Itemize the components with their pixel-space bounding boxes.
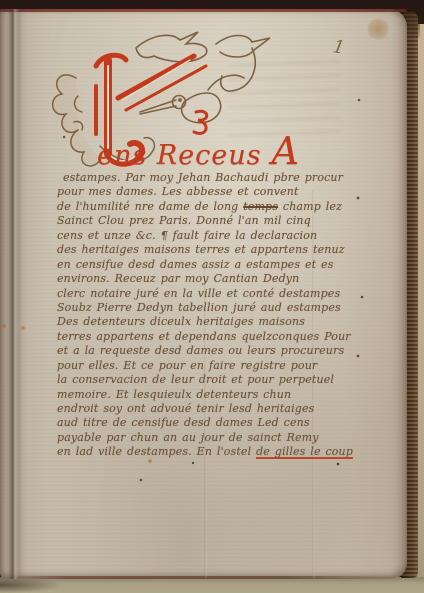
text-line: Soubz Pierre Dedyn tabellion juré aud es… — [57, 301, 369, 315]
text-line: pour elles. Et ce pour en faire registre… — [57, 359, 369, 373]
text-line: terres appartens et dependans quelzconqu… — [57, 330, 369, 344]
text-line: la conservacion de leur droit et pour pe… — [57, 373, 369, 387]
text-line: et a la requeste desd dames ou leurs pro… — [57, 344, 369, 358]
heading-main: ens Receus — [97, 140, 261, 171]
text-segment: de l'humilité nre dame de long — [57, 200, 243, 213]
text-segment: Soubz Pierre Dedyn tabellion juré aud es… — [57, 301, 341, 314]
text-line: de l'humilité nre dame de long temps cha… — [57, 200, 369, 214]
text-segment: terres appartens et dependans quelzconqu… — [57, 330, 351, 343]
text-line: environs. Receuz par moy Cantian Dedyn — [57, 272, 369, 286]
text-segment: en lad ville destampes. En l'ostel — [57, 445, 256, 458]
text-line: estampes. Par moy Jehan Bachaudi pbre pr… — [57, 171, 369, 185]
text-segment: champ lez — [278, 200, 342, 213]
text-segment: estampes. Par moy Jehan Bachaudi pbre pr… — [63, 171, 343, 184]
text-segment: temps — [243, 200, 278, 213]
manuscript-photo: 1 — [0, 0, 424, 593]
text-segment: aud titre de censifue desd dames Led cen… — [57, 416, 310, 429]
stain-mark — [366, 18, 390, 40]
text-line: Des detenteurs diceulx heritaiges maison… — [57, 315, 369, 329]
text-line: des heritaiges maisons terres et apparte… — [57, 243, 369, 257]
body-text: estampes. Par moy Jehan Bachaudi pbre pr… — [57, 171, 369, 460]
text-segment: cens et unze &c. ¶ fault faire la declar… — [57, 229, 317, 242]
table-surface-bottom — [0, 577, 424, 593]
text-segment: et a la requeste desd dames ou leurs pro… — [57, 344, 344, 357]
gutter-fold — [0, 9, 30, 579]
text-line: endroit soy ont advoué tenir lesd herita… — [57, 402, 369, 416]
text-segment: la conservacion de leur droit et pour pe… — [57, 373, 334, 386]
text-line: memoire. Et lesquieulx detenteurs chun — [57, 388, 369, 402]
text-line: en censifue desd dames assiz a estampes … — [57, 258, 369, 272]
text-line: en lad ville destampes. En l'ostel de gi… — [57, 445, 369, 459]
text-segment: en censifue desd dames assiz a estampes … — [57, 258, 334, 271]
text-line: clerc notaire juré en la ville et conté … — [57, 287, 369, 301]
text-line: payable par chun an au jour de sainct Re… — [57, 431, 369, 445]
text-line: aud titre de censifue desd dames Led cen… — [57, 416, 369, 430]
red-heading: ens ReceusA — [97, 129, 300, 173]
text-segment: endroit soy ont advoué tenir lesd herita… — [57, 402, 314, 415]
text-segment: des heritaiges maisons terres et apparte… — [57, 243, 345, 256]
text-line: cens et unze &c. ¶ fault faire la declar… — [57, 229, 369, 243]
text-segment: Sainct Clou prez Paris. Donné l'an mil c… — [57, 214, 311, 227]
text-segment: de gilles le coup — [256, 445, 353, 458]
heading-tail: A — [271, 129, 299, 173]
text-line: pour mes dames. Les abbesse et convent — [57, 185, 369, 199]
text-segment: pour elles. Et ce pour en faire registre… — [57, 359, 317, 372]
text-line: Sainct Clou prez Paris. Donné l'an mil c… — [57, 214, 369, 228]
text-segment: clerc notaire juré en la ville et conté … — [57, 287, 340, 300]
text-segment: payable par chun an au jour de sainct Re… — [57, 431, 319, 444]
text-segment: pour mes dames. Les abbesse et convent — [57, 185, 299, 198]
foxing-specks — [0, 0, 1, 1]
text-segment: environs. Receuz par moy Cantian Dedyn — [57, 272, 299, 285]
text-segment: Des detenteurs diceulx heritaiges maison… — [57, 315, 305, 328]
text-segment: memoire. Et lesquieulx detenteurs chun — [57, 388, 291, 401]
